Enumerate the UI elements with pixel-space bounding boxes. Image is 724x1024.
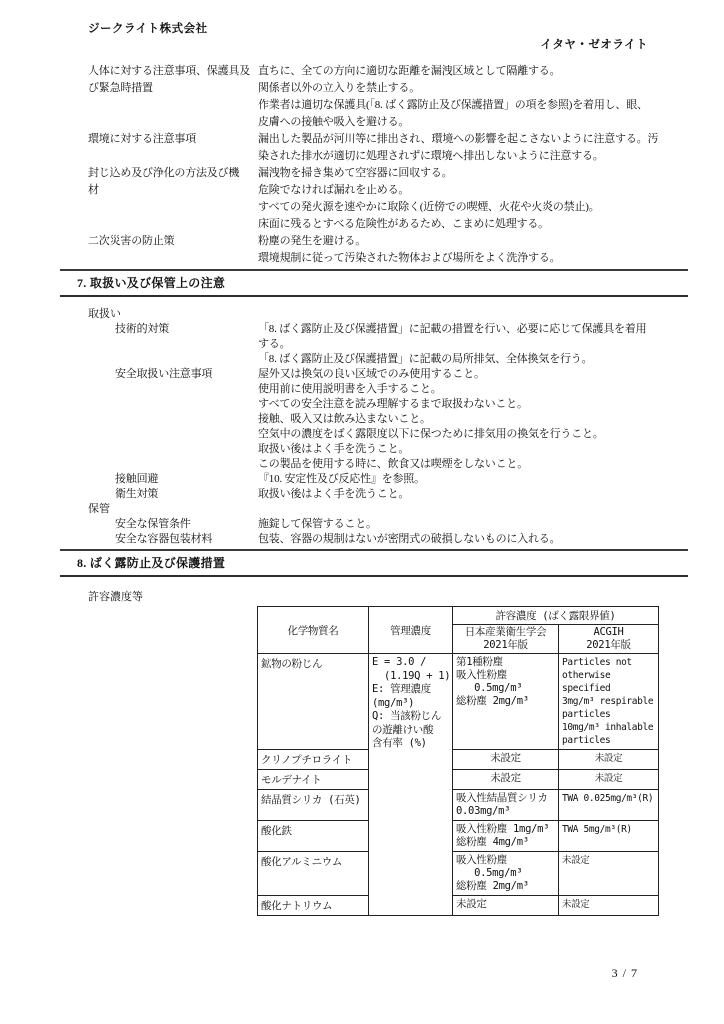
control-cell-line: 含有率 (%)	[372, 737, 449, 751]
acgih-limit-line: particles	[562, 708, 655, 721]
chemical-name-cell: 酸化鉄	[258, 821, 369, 852]
field-label-line: 封じ込め及び浄化の方法及び機	[88, 165, 258, 182]
exposure-limit-table-wrap: 化学物質名管理濃度許容濃度 (ばく露限界値)日本産業衛生学会2021年版ACGI…	[257, 606, 688, 916]
field-label: 人体に対する注意事項、保護具及び緊急時措置	[88, 63, 258, 97]
field-value: 漏出した製品が河川等に排出され、環境への影響を起こさないように注意する。汚染され…	[258, 131, 688, 165]
jsoh-limit-line: 吸入性粉塵 1mg/m³	[456, 823, 555, 836]
field-row: 接触回避『10. 安定性及び反応性』を参照。	[60, 472, 688, 487]
acgih-limit-line: TWA 0.025mg/m³(R)	[562, 792, 655, 805]
acgih-limit-line: 未設定	[562, 752, 655, 765]
control-cell-line: の遊離けい酸	[372, 724, 449, 738]
field-value: 取扱い後はよく手を洗うこと。	[258, 487, 688, 502]
acgih-limit-cell: TWA 5mg/m³(R)	[559, 821, 659, 852]
field-value-line: 漏洩物を掃き集めて空容器に回収する。	[258, 165, 688, 182]
field-value-line: 取扱い後はよく手を洗うこと。	[258, 442, 688, 457]
field-value-line: 施錠して保管すること。	[258, 517, 688, 532]
field-row: 人体に対する注意事項、保護具及び緊急時措置直ちに、全ての方向に適切な距離を漏洩区…	[60, 63, 688, 131]
field-value-line: 直ちに、全ての方向に適切な距離を漏洩区域として隔離する。	[258, 63, 688, 80]
field-label: 安全な容器包装材料	[115, 532, 258, 547]
acgih-limit-line: 3mg/m³ respirable	[562, 695, 655, 708]
section7-heading-band: 7. 取扱い及び保管上の注意	[60, 269, 688, 297]
table-row: 酸化ナトリウム未設定未設定	[258, 896, 659, 916]
field-label-line: 安全な容器包装材料	[115, 532, 258, 547]
acgih-header-line: 2021年版	[561, 639, 656, 652]
table-row: 結晶質シリカ (石英)吸入性結晶質シリカ0.03mg/m³TWA 0.025mg…	[258, 790, 659, 821]
field-row: 安全な保管条件施錠して保管すること。	[60, 517, 688, 532]
field-label: 安全な保管条件	[115, 517, 258, 532]
jsoh-limit-line: 総粉塵 2mg/m³	[456, 880, 555, 893]
field-label-line: 安全取扱い注意事項	[115, 367, 258, 382]
field-value-line: 床面に残るとすべる危険性があるため、こまめに処理する。	[258, 216, 688, 233]
acgih-limit-line: 未設定	[562, 854, 655, 867]
chemical-name-header: 化学物質名	[258, 607, 369, 654]
acgih-limit-cell: 未設定	[559, 770, 659, 790]
chemical-name-cell: 鉱物の粉じん	[258, 654, 369, 750]
field-value-line: 作業者は適切な保護具(「8. ばく露防止及び保護措置」の項を参照)を着用し、眼、	[258, 97, 688, 114]
group-label: 保管	[88, 502, 688, 517]
field-value: 漏洩物を掃き集めて空容器に回収する。危険でなければ漏れを止める。すべての発火源を…	[258, 165, 688, 233]
field-value: 粉塵の発生を避ける。環境規制に従って汚染された物体および場所をよく洗浄する。	[258, 233, 688, 267]
field-label-line: 技術的対策	[115, 322, 258, 337]
field-value-line: 環境規制に従って汚染された物体および場所をよく洗浄する。	[258, 250, 688, 267]
jsoh-limit-cell: 未設定	[453, 896, 559, 916]
field-value-line: すべての発火源を速やかに取除く(近傍での喫煙、火花や火炎の禁止)。	[258, 199, 688, 216]
acgih-limit-line: Particles not	[562, 656, 655, 669]
field-value: 直ちに、全ての方向に適切な距離を漏洩区域として隔離する。関係者以外の立入りを禁止…	[258, 63, 688, 131]
field-value: 屋外又は換気の良い区域でのみ使用すること。使用前に使用説明書を入手すること。すべ…	[258, 367, 688, 472]
acgih-limit-line: 未設定	[562, 772, 655, 785]
field-label: 技術的対策	[115, 322, 258, 337]
field-label: 接触回避	[115, 472, 258, 487]
jsoh-limit-line: 総粉塵 4mg/m³	[456, 836, 555, 849]
jsoh-limit-cell: 未設定	[453, 770, 559, 790]
field-value-line: この製品を使用する時に、飲食又は喫煙をしないこと。	[258, 457, 688, 472]
field-value-line: 接触、吸入又は飲み込まないこと。	[258, 412, 688, 427]
field-value: 『10. 安定性及び反応性』を参照。	[258, 472, 688, 487]
table-row: モルデナイト未設定未設定	[258, 770, 659, 790]
table-row: 鉱物の粉じんE = 3.0 / (1.19Q + 1)E: 管理濃度(mg/m³…	[258, 654, 659, 750]
jsoh-header-line: 日本産業衛生学会	[455, 626, 556, 639]
handling-and-storage-block: 取扱い技術的対策「8. ばく露防止及び保護措置」に記載の措置を行い、必要に応じて…	[60, 307, 688, 547]
acgih-limit-cell: 未設定	[559, 852, 659, 896]
jsoh-limit-line: 0.5mg/m³	[456, 682, 555, 695]
field-value: 包装、容器の規制はないが密閉式の破損しないものに入れる。	[258, 532, 688, 547]
chemical-name-cell: 酸化ナトリウム	[258, 896, 369, 916]
field-row: 安全な容器包装材料包装、容器の規制はないが密閉式の破損しないものに入れる。	[60, 532, 688, 547]
acgih-limit-line: otherwise	[562, 669, 655, 682]
field-value-line: する。	[258, 337, 688, 352]
field-value-line: 屋外又は換気の良い区域でのみ使用すること。	[258, 367, 688, 382]
acgih-limit-line: specified	[562, 682, 655, 695]
field-value-line: 空気中の濃度をばく露限度以下に保つために排気用の換気を行うこと。	[258, 427, 688, 442]
field-label: 環境に対する注意事項	[88, 131, 258, 148]
field-value-line: 「8. ばく露防止及び保護措置」に記載の措置を行い、必要に応じて保護具を着用	[258, 322, 688, 337]
field-value-line: 粉塵の発生を避ける。	[258, 233, 688, 250]
control-concentration-cell: E = 3.0 / (1.19Q + 1)E: 管理濃度(mg/m³)Q: 当該…	[369, 654, 453, 916]
field-label-line: 人体に対する注意事項、保護具及	[88, 63, 258, 80]
exposure-limit-table: 化学物質名管理濃度許容濃度 (ばく露限界値)日本産業衛生学会2021年版ACGI…	[257, 606, 659, 916]
control-cell-line: Q: 当該粉じん	[372, 710, 449, 724]
jsoh-limit-line: 未設定	[456, 898, 555, 911]
jsoh-limit-cell: 吸入性結晶質シリカ0.03mg/m³	[453, 790, 559, 821]
field-label: 二次災害の防止策	[88, 233, 258, 250]
field-value-line: 「8. ばく露防止及び保護措置」に記載の局所排気、全体換気を行う。	[258, 352, 688, 367]
jsoh-limit-cell: 吸入性粉塵 1mg/m³総粉塵 4mg/m³	[453, 821, 559, 852]
field-value: 「8. ばく露防止及び保護措置」に記載の措置を行い、必要に応じて保護具を着用する…	[258, 322, 688, 367]
acgih-limit-line: 10mg/m³ inhalable	[562, 721, 655, 734]
field-label: 衛生対策	[115, 487, 258, 502]
jsoh-limit-line: 未設定	[456, 752, 555, 765]
field-value-line: 染された排水が適切に処理されずに環境へ排出しないように注意する。	[258, 148, 688, 165]
field-value-line: 使用前に使用説明書を入手すること。	[258, 382, 688, 397]
jsoh-limit-line: 0.03mg/m³	[456, 805, 555, 818]
chemical-name-cell: クリノプチロライト	[258, 750, 369, 770]
product-name: イタヤ・ゼオライト	[60, 38, 648, 53]
field-label-line: 接触回避	[115, 472, 258, 487]
company-name: ジークライト株式会社	[88, 22, 688, 37]
acgih-limit-line: 未設定	[562, 898, 655, 911]
acgih-limit-cell: Particles nototherwisespecified3mg/m³ re…	[559, 654, 659, 750]
field-label-line: 材	[88, 182, 258, 199]
field-label-line: 安全な保管条件	[115, 517, 258, 532]
permissible-concentration-header: 許容濃度 (ばく露限界値)	[453, 607, 659, 625]
field-row: 安全取扱い注意事項屋外又は換気の良い区域でのみ使用すること。使用前に使用説明書を…	[60, 367, 688, 472]
sds-document-page: ジークライト株式会社 イタヤ・ゼオライト 人体に対する注意事項、保護具及び緊急時…	[0, 0, 724, 1024]
field-label-line: 衛生対策	[115, 487, 258, 502]
jsoh-limit-cell: 第1種粉塵吸入性粉塵 0.5mg/m³総粉塵 2mg/m³	[453, 654, 559, 750]
field-value-line: 包装、容器の規制はないが密閉式の破損しないものに入れる。	[258, 532, 688, 547]
acgih-header-line: ACGIH	[561, 626, 656, 639]
jsoh-limit-line: 0.5mg/m³	[456, 867, 555, 880]
chemical-name-cell: 結晶質シリカ (石英)	[258, 790, 369, 821]
control-cell-line: E = 3.0 /	[372, 656, 449, 670]
field-value-line: 『10. 安定性及び反応性』を参照。	[258, 472, 688, 487]
control-cell-line: (1.19Q + 1)	[372, 670, 449, 684]
jsoh-limit-line: 吸入性粉塵	[456, 854, 555, 867]
jsoh-limit-line: 未設定	[456, 772, 555, 785]
jsoh-limit-line: 第1種粉塵	[456, 656, 555, 669]
section7-title: 7. 取扱い及び保管上の注意	[77, 276, 225, 290]
section8-heading-band: 8. ばく露防止及び保護措置	[60, 549, 688, 577]
control-cell-line: E: 管理濃度	[372, 683, 449, 697]
field-value-line: すべての安全注意を読み理解するまで取扱わないこと。	[258, 397, 688, 412]
control-cell-line: (mg/m³)	[372, 697, 449, 711]
permissible-concentration-label: 許容濃度等	[88, 590, 688, 605]
field-value-line: 危険でなければ漏れを止める。	[258, 182, 688, 199]
chemical-name-cell: モルデナイト	[258, 770, 369, 790]
field-label-line: 環境に対する注意事項	[88, 131, 258, 148]
jsoh-header-line: 2021年版	[455, 639, 556, 652]
acgih-limit-line: TWA 5mg/m³(R)	[562, 823, 655, 836]
field-value-line: 取扱い後はよく手を洗うこと。	[258, 487, 688, 502]
acgih-limit-line: particles	[562, 734, 655, 747]
field-value-line: 漏出した製品が河川等に排出され、環境への影響を起こさないように注意する。汚	[258, 131, 688, 148]
table-row: 酸化鉄吸入性粉塵 1mg/m³総粉塵 4mg/m³TWA 5mg/m³(R)	[258, 821, 659, 852]
field-row: 封じ込め及び浄化の方法及び機材漏洩物を掃き集めて空容器に回収する。危険でなければ…	[60, 165, 688, 233]
field-row: 二次災害の防止策粉塵の発生を避ける。環境規制に従って汚染された物体および場所をよ…	[60, 233, 688, 267]
control-concentration-header: 管理濃度	[369, 607, 453, 654]
acgih-limit-cell: 未設定	[559, 750, 659, 770]
field-value-line: 関係者以外の立入りを禁止する。	[258, 80, 688, 97]
jsoh-limit-line: 吸入性粉塵	[456, 669, 555, 682]
field-label-line: 二次災害の防止策	[88, 233, 258, 250]
table-row: 酸化アルミニウム吸入性粉塵 0.5mg/m³総粉塵 2mg/m³未設定	[258, 852, 659, 896]
field-value: 施錠して保管すること。	[258, 517, 688, 532]
jsoh-limit-cell: 吸入性粉塵 0.5mg/m³総粉塵 2mg/m³	[453, 852, 559, 896]
jsoh-limit-line: 吸入性結晶質シリカ	[456, 792, 555, 805]
jsoh-limit-line: 総粉塵 2mg/m³	[456, 695, 555, 708]
acgih-limit-cell: 未設定	[559, 896, 659, 916]
table-head: 化学物質名管理濃度許容濃度 (ばく露限界値)日本産業衛生学会2021年版ACGI…	[258, 607, 659, 654]
group-label: 取扱い	[88, 307, 688, 322]
field-value-line: 皮膚への接触や吸入を避ける。	[258, 114, 688, 131]
table-head-row: 化学物質名管理濃度許容濃度 (ばく露限界値)	[258, 607, 659, 625]
field-row: 技術的対策「8. ばく露防止及び保護措置」に記載の措置を行い、必要に応じて保護具…	[60, 322, 688, 367]
field-row: 環境に対する注意事項漏出した製品が河川等に排出され、環境への影響を起こさないよう…	[60, 131, 688, 165]
section8-title: 8. ばく露防止及び保護措置	[77, 556, 225, 570]
table-body: 鉱物の粉じんE = 3.0 / (1.19Q + 1)E: 管理濃度(mg/m³…	[258, 654, 659, 916]
field-label-line: び緊急時措置	[88, 80, 258, 97]
page-number: 3 / 7	[612, 966, 638, 981]
field-label: 安全取扱い注意事項	[115, 367, 258, 382]
table-row: クリノプチロライト未設定未設定	[258, 750, 659, 770]
acgih-limit-cell: TWA 0.025mg/m³(R)	[559, 790, 659, 821]
field-row: 衛生対策取扱い後はよく手を洗うこと。	[60, 487, 688, 502]
acgih-header: ACGIH2021年版	[559, 625, 659, 654]
field-label: 封じ込め及び浄化の方法及び機材	[88, 165, 258, 199]
accidental-release-measures-block: 人体に対する注意事項、保護具及び緊急時措置直ちに、全ての方向に適切な距離を漏洩区…	[60, 63, 688, 267]
jsoh-header: 日本産業衛生学会2021年版	[453, 625, 559, 654]
chemical-name-cell: 酸化アルミニウム	[258, 852, 369, 896]
jsoh-limit-cell: 未設定	[453, 750, 559, 770]
